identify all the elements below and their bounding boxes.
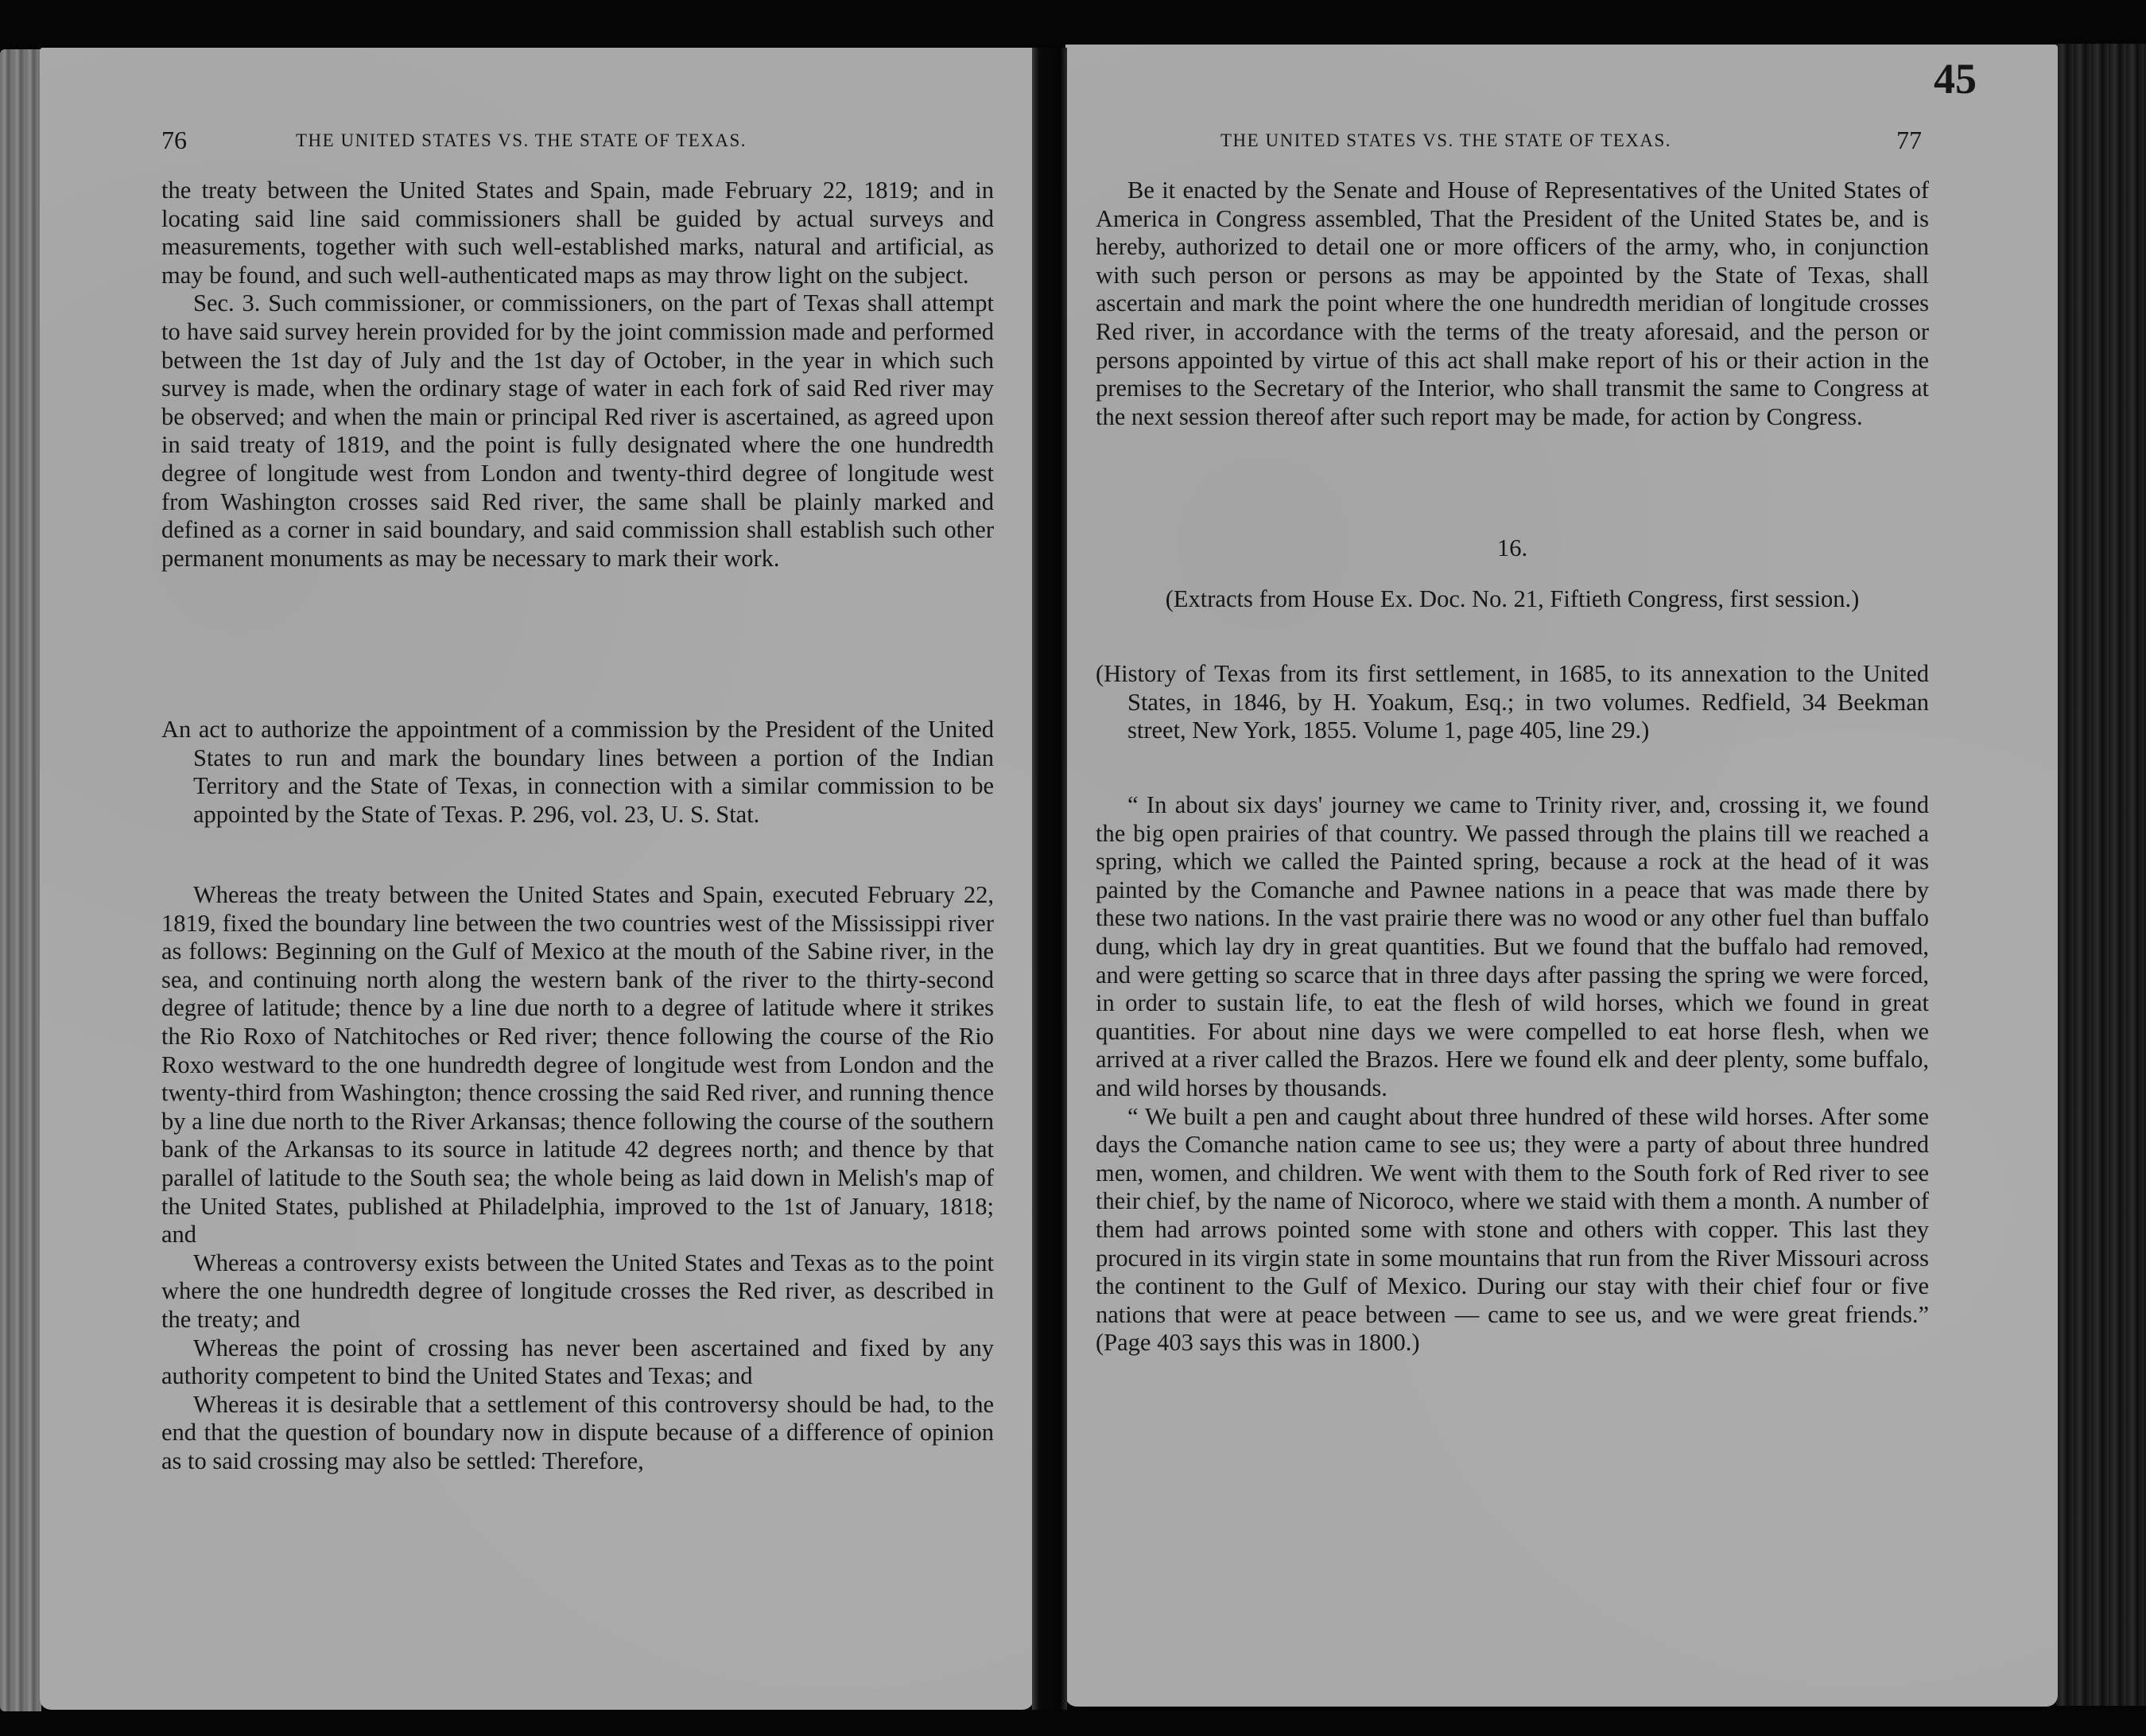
right-running-head: THE UNITED STATES VS. THE STATE OF TEXAS… xyxy=(1220,130,1671,151)
stamp-number: 45 xyxy=(1934,54,1977,103)
whereas-desirable: Whereas it is desirable that a settlemen… xyxy=(161,1391,994,1476)
enacting-clause: Be it enacted by the Senate and House of… xyxy=(1096,177,1929,431)
section-number: 16. xyxy=(1096,534,1929,563)
right-body-enacted: Be it enacted by the Senate and House of… xyxy=(1096,177,1929,431)
quote-paragraph-2: “ We built a pen and caught about three … xyxy=(1096,1103,1929,1357)
left-paragraph-continued: the treaty between the United States and… xyxy=(161,177,994,289)
left-running-head: THE UNITED STATES VS. THE STATE OF TEXAS… xyxy=(296,130,747,151)
whereas-controversy: Whereas a controversy exists between the… xyxy=(161,1249,994,1334)
quote-paragraph-1: “ In about six days' journey we came to … xyxy=(1096,791,1929,1103)
extract-source: (Extracts from House Ex. Doc. No. 21, Fi… xyxy=(1096,585,1929,614)
history-citation: (History of Texas from its first settlem… xyxy=(1096,660,1929,745)
act-title: An act to authorize the appointment of a… xyxy=(161,716,994,829)
book-gutter xyxy=(1032,48,1067,1710)
left-body-whereas: Whereas the treaty between the United St… xyxy=(161,881,994,1475)
left-body-top: the treaty between the United States and… xyxy=(161,177,994,573)
right-page-edges xyxy=(2056,44,2146,1706)
left-page-edges xyxy=(0,49,41,1711)
whereas-crossing: Whereas the point of crossing has never … xyxy=(161,1334,994,1391)
left-paragraph-sec3: Sec. 3. Such commissioner, or commission… xyxy=(161,289,994,573)
right-folio: 77 xyxy=(1896,126,1922,155)
left-folio: 76 xyxy=(161,126,187,155)
whereas-treaty: Whereas the treaty between the United St… xyxy=(161,881,994,1249)
right-body-quote: “ In about six days' journey we came to … xyxy=(1096,791,1929,1357)
